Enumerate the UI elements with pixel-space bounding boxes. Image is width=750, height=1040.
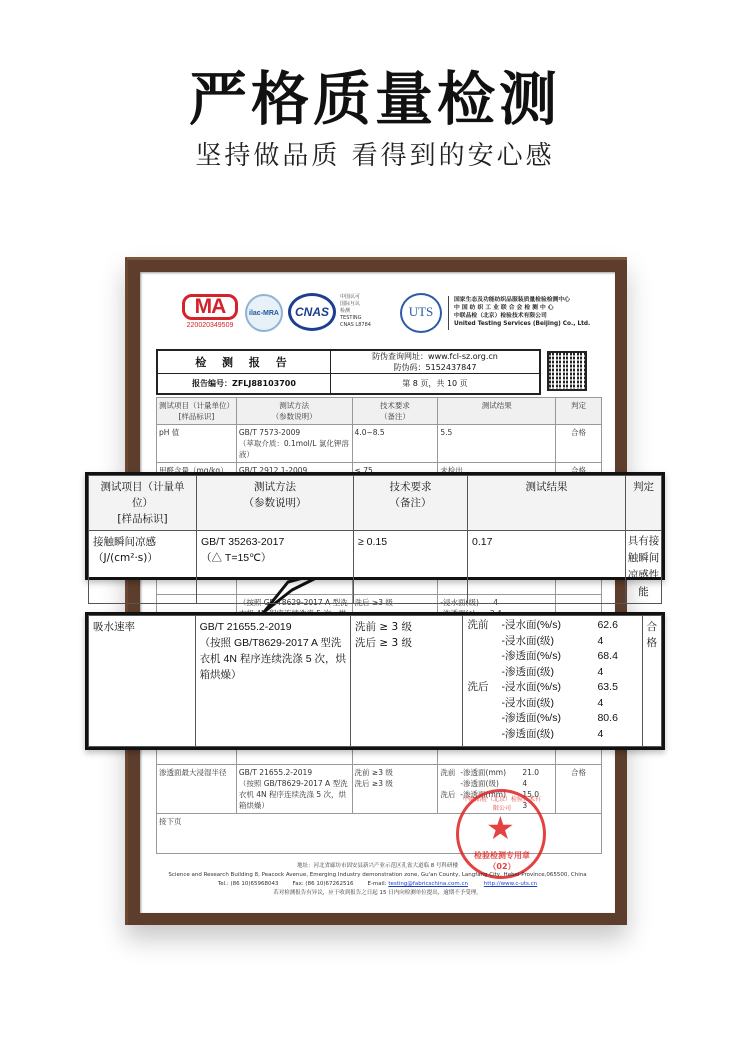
result-phase: [467, 711, 501, 727]
report-number: 报告编号：ZFLJ88103700: [157, 374, 330, 394]
result-label: -渗透面(%/s): [501, 711, 597, 727]
headline: 严格质量检测: [0, 52, 750, 136]
verify-info: 防伪查询网址：www.fcl-sz.org.cn 防伪码：5152437847: [330, 350, 540, 374]
result-phase: [467, 665, 501, 681]
result-value: 62.6: [597, 618, 637, 634]
result-phase: [467, 634, 501, 650]
cnas-icon: CNAS: [288, 293, 336, 331]
result-label: -浸水面(%/s): [501, 680, 597, 696]
report-title: 检 测 报 告: [157, 350, 330, 374]
uts-icon: UTS: [400, 293, 442, 333]
result-phase: [467, 649, 501, 665]
result-value: 68.4: [597, 649, 637, 665]
result-phase: [467, 727, 501, 743]
absorb-results: 洗前-浸水面(%/s)62.6-浸水面(级)4-渗透面(%/s)68.4-渗透面…: [467, 618, 637, 742]
star-icon: ★: [486, 812, 515, 844]
result-phase: [467, 696, 501, 712]
result-label: -渗透面(级): [501, 665, 597, 681]
logo-divider: [448, 296, 449, 330]
uts-text: 国家生态及功能纺织品服装质量检验检测中心 中 国 纺 织 工 业 联 合 会 检…: [454, 296, 590, 328]
report-footer: 地址：河北省廊坊市固安县新兴产业示范区孔雀大道临 8 号科研楼 Science …: [140, 862, 615, 898]
qr-code-icon: [547, 351, 587, 391]
result-phase: 洗前: [467, 618, 501, 634]
result-label: -浸水面(级): [501, 634, 597, 650]
callout-cooling-sensation: 测试项目（计量单位）[样品标识] 测试方法（参数说明） 技术要求（备注） 测试结…: [85, 472, 665, 580]
table-header-row: 测试项目（计量单位）[样品标识] 测试方法（参数说明） 技术要求（备注） 测试结…: [157, 398, 602, 425]
result-value: 4: [597, 696, 637, 712]
result-label: -渗透面(级): [501, 727, 597, 743]
result-value: 80.6: [597, 711, 637, 727]
cma-number: 220020349509: [182, 322, 238, 329]
subline: 坚持做品质 看得到的安心感: [0, 135, 750, 172]
table-row: 吸水速率 GB/T 21655.2-2019（按照 GB/T8629-2017 …: [89, 616, 662, 747]
result-value: 4: [597, 634, 637, 650]
page-info: 第 8 页，共 10 页: [330, 374, 540, 394]
table-row: 接触瞬间凉感（J/(cm²·s)） GB/T 35263-2017（△ T=15…: [89, 531, 662, 604]
result-phase: 洗后: [467, 680, 501, 696]
email-link[interactable]: testing@fabricschina.com.cn: [388, 881, 468, 887]
logo-row: MA 220020349509 ilac-MRA CNAS 中国认可 国际互认 …: [150, 288, 605, 338]
result-value: 4: [597, 665, 637, 681]
cma-logo: MA 220020349509: [182, 294, 238, 329]
result-label: -浸水面(%/s): [501, 618, 597, 634]
table-row: pH 值 GB/T 7573-2009（萃取介质：0.1mol/L 氯化钾溶液）…: [157, 425, 602, 463]
result-label: -渗透面(%/s): [501, 649, 597, 665]
callout-water-absorption: 吸水速率 GB/T 21655.2-2019（按照 GB/T8629-2017 …: [85, 612, 665, 750]
cma-icon: MA: [182, 294, 238, 320]
result-label: -浸水面(级): [501, 696, 597, 712]
cnas-text: 中国认可 国际互认 检测 TESTING CNAS L8784: [340, 294, 371, 329]
ilac-mra-icon: ilac-MRA: [245, 294, 283, 332]
result-value: 4: [597, 727, 637, 743]
report-header: 检 测 报 告 防伪查询网址：www.fcl-sz.org.cn 防伪码：515…: [156, 349, 541, 395]
website-link[interactable]: http://www.c-uts.cn: [484, 881, 537, 887]
result-value: 63.5: [597, 680, 637, 696]
